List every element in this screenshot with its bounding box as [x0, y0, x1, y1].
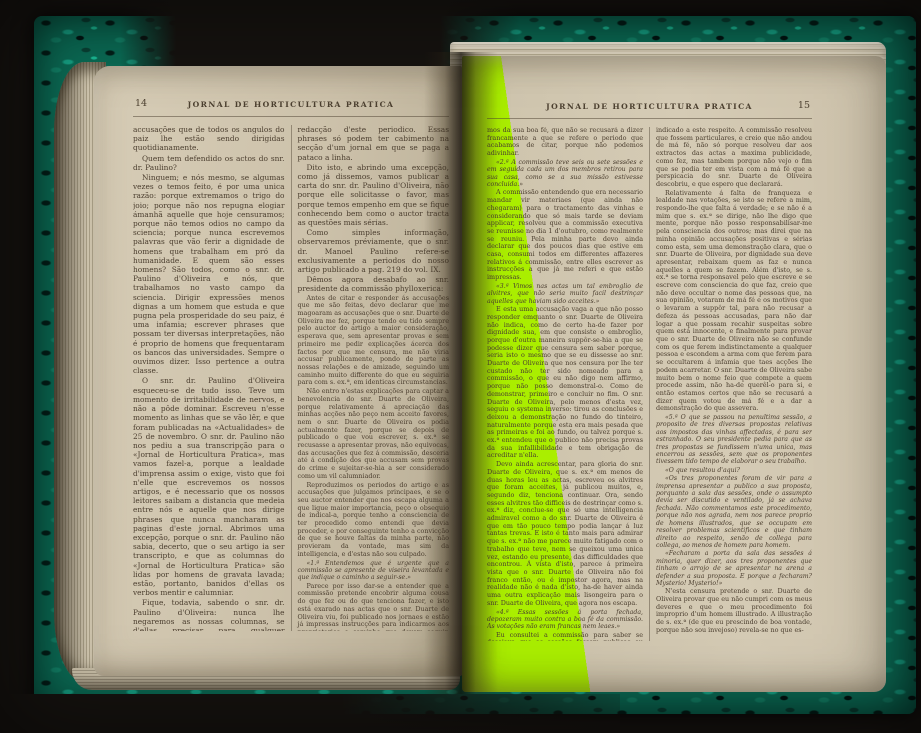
paragraph: O snr. dr. Paulino d'Oliveira esqueceu-s…	[133, 376, 285, 597]
text-column-2: redacção d'este periodico. Essas phrases…	[298, 125, 450, 631]
right-page-header: JORNAL DE HORTICULTURA PRATICA 15	[487, 102, 812, 115]
paragraph: Fique, todavia, sabendo o snr. dr. Pauli…	[133, 598, 285, 631]
left-page-header: 14 JORNAL DE HORTICULTURA PRATICA	[133, 100, 449, 113]
paragraph: «4.ª Essas sessões á porta fechada, depo…	[487, 609, 643, 631]
right-page: JORNAL DE HORTICULTURA PRATICA 15 mos da…	[462, 56, 886, 692]
page-number-right: 15	[798, 100, 810, 111]
header-rule-left	[133, 116, 449, 117]
text-column-3: mos da sua boa fé, que não se recusará a…	[487, 127, 643, 641]
left-page-columns: accusações que de todos os angulos do pa…	[133, 125, 449, 631]
paragraph: «Os tres proponentes foram de vir para a…	[656, 475, 812, 549]
paragraph: «5.ª O que se passou na penultima sessão…	[656, 414, 812, 466]
running-title-right: JORNAL DE HORTICULTURA PRATICA	[487, 102, 812, 111]
right-page-columns: mos da sua boa fé, que não se recusará a…	[487, 127, 812, 641]
paragraph: N'esta censura pretende o snr. Duarte de…	[656, 588, 812, 634]
paragraph: «2.ª A commissão teve seis ou sete sessõ…	[487, 159, 643, 189]
paragraph: Parece por isso dar-se a entender que a …	[298, 583, 450, 631]
text-column-4: indicado a este respeito. A commissão re…	[656, 127, 812, 641]
paragraph: mos da sua boa fé, que não se recusará a…	[487, 127, 643, 158]
paragraph: «3.ª Vimos nas actas um tal embroglio de…	[487, 283, 643, 305]
photo-background: 14 JORNAL DE HORTICULTURA PRATICA accusa…	[0, 0, 921, 733]
paragraph: «O que resultou d'aqui?	[656, 467, 812, 474]
paragraph: Dito isto, e abrindo uma excepção, como …	[298, 163, 450, 227]
paragraph: accusações que de todos os angulos do pa…	[133, 125, 285, 153]
column-divider-left	[291, 125, 292, 631]
text-column-1: accusações que de todos os angulos do pa…	[133, 125, 285, 631]
paragraph: Reproduzimos os periodos do artigo e as …	[298, 482, 450, 559]
paragraph: indicado a este respeito. A commissão re…	[656, 127, 812, 189]
paragraph: Antes de citar e responder ás accusações…	[298, 295, 450, 387]
paragraph: «Fecharam a porta da sala das sessões á …	[656, 550, 812, 587]
paragraph: Como simples informação, observaremos pr…	[298, 228, 450, 274]
paragraph: redacção d'este periodico. Essas phrases…	[298, 125, 450, 162]
bottom-shadow	[0, 694, 620, 733]
paragraph: «1.ª Entendemos que é urgente que a comm…	[298, 560, 450, 582]
left-page: 14 JORNAL DE HORTICULTURA PRATICA accusa…	[94, 66, 462, 676]
paragraph: Relativamente á falta de franqueza e lea…	[656, 190, 812, 413]
column-divider-right	[649, 127, 650, 641]
header-rule-right	[487, 118, 812, 119]
paragraph: Eu consultei a commissão para saber se d…	[487, 632, 643, 641]
running-title-left: JORNAL DE HORTICULTURA PRATICA	[133, 100, 449, 109]
paragraph: Não entro n'estas explicações para capta…	[298, 388, 450, 480]
paragraph: Devo ainda acrescentar, para gloria do s…	[487, 461, 643, 607]
paragraph: E esta uma accusação vaga a que não poss…	[487, 306, 643, 460]
paragraph: Quem tem defendido os actos do snr. dr. …	[133, 154, 285, 172]
paragraph: Dêmos agora desabafo ao snr. presidente …	[298, 275, 450, 293]
paragraph: Ninguem; e nós mesmo, se algumas vezes o…	[133, 173, 285, 375]
paragraph: A commissão entendendo que era necessari…	[487, 189, 643, 281]
